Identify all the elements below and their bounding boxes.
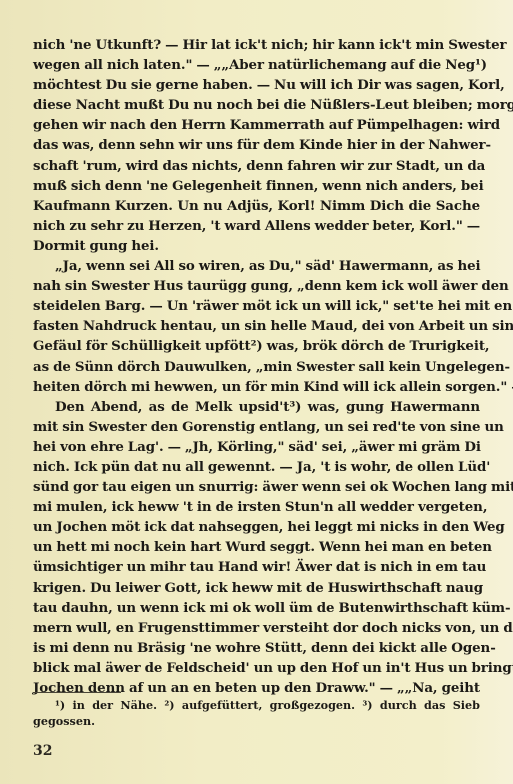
text-line: blick mal äwer de Feldscheid' un up den … [33, 658, 480, 678]
text-line: schaft 'rum, wird das nichts, denn fahre… [33, 156, 480, 176]
text-line: krigen. Du leiwer Gott, ick heww mit de … [33, 578, 480, 598]
text-line: tau dauhn, un wenn ick mi ok woll üm de … [33, 598, 480, 618]
text-line: gehen wir nach den Herrn Kammerrath auf … [33, 115, 480, 135]
footnote-divider [33, 692, 121, 693]
text-line: nich 'ne Utkunft? — Hir lat ick't nich; … [33, 35, 480, 55]
body-text: nich 'ne Utkunft? — Hir lat ick't nich; … [33, 35, 480, 698]
text-line: muß sich denn 'ne Gelegenheit finnen, we… [33, 176, 480, 196]
footnote-line: gegossen. [33, 713, 480, 729]
text-line: diese Nacht mußt Du nu noch bei die Nüßl… [33, 95, 480, 115]
text-line: möchtest Du sie gerne haben. — Nu will i… [33, 75, 480, 95]
text-line: mern wull, en Frugensttimmer versteiht d… [33, 618, 480, 638]
text-line: wegen all nich laten." — „„Aber natürlic… [33, 55, 480, 75]
text-line: is mi denn nu Bräsig 'ne wohre Stütt, de… [33, 638, 480, 658]
text-line: sünd gor tau eigen un snurrig: äwer wenn… [33, 477, 480, 497]
page-number: 32 [33, 743, 52, 759]
footnote-line: ¹) in der Nähe. ²) aufgefüttert, großgez… [33, 697, 480, 713]
text-line: das was, denn sehn wir uns für dem Kinde… [33, 135, 480, 155]
text-line: „Ja, wenn sei All so wiren, as Du," säd'… [33, 256, 480, 276]
text-line: mi mulen, ick heww 't in de irsten Stun'… [33, 497, 480, 517]
text-line: mit sin Swester den Gorenstig entlang, u… [33, 417, 480, 437]
text-line: nah sin Swester Hus taurügg gung, „denn … [33, 276, 480, 296]
text-line: ümsichtiger un mihr tau Hand wir! Äwer d… [33, 557, 480, 577]
text-line: nich zu sehr zu Herzen, 't ward Allens w… [33, 216, 480, 236]
text-line: steidelen Barg. — Un 'räwer möt ick un w… [33, 296, 480, 316]
text-line: Den Abend, as de Melk upsid't³) was, gun… [33, 397, 480, 417]
footnotes: ¹) in der Nähe. ²) aufgefüttert, großgez… [33, 697, 480, 729]
text-line: Dormit gung hei. [33, 236, 480, 256]
text-line: heiten dörch mi hewwen, un för min Kind … [33, 377, 480, 397]
text-line: Jochen denn af un an en beten up den Dra… [33, 678, 480, 698]
text-line: Gefäul för Schülligkeit upfött²) was, br… [33, 336, 480, 356]
text-line: hei von ehre Lag'. — „Jh, Körling," säd'… [33, 437, 480, 457]
text-line: as de Sünn dörch Dauwulken, „min Swester… [33, 357, 480, 377]
text-line: Kaufmann Kurzen. Un nu Adjüs, Korl! Nimm… [33, 196, 480, 216]
text-line: fasten Nahdruck hentau, un sin helle Mau… [33, 316, 480, 336]
text-line: nich. Ick pün dat nu all gewennt. — Ja, … [33, 457, 480, 477]
text-line: un hett mi noch kein hart Wurd seggt. We… [33, 537, 480, 557]
text-line: un Jochen möt ick dat nahseggen, hei leg… [33, 517, 480, 537]
